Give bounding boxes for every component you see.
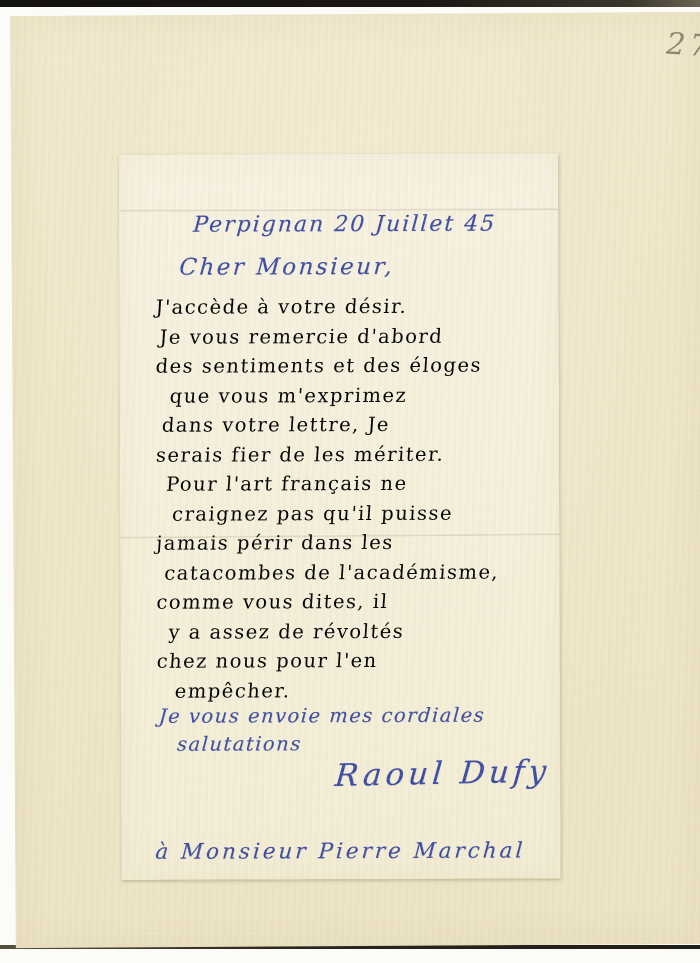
scanned-letter-page: 27 Perpignan 20 Juillet 45 Cher Monsieur… (0, 0, 700, 963)
letter-body-line: que vous m'exprimez (169, 380, 500, 411)
letter-body-line: comme vous dites, il (156, 587, 501, 618)
letter-recipient-line: à Monsieur Pierre Marchal (155, 838, 527, 864)
letter-body-line: jamais périr dans les (155, 528, 500, 559)
letter-body-line: serais fier de les mériter. (155, 439, 500, 470)
letter-closing-line: Je vous envoie mes cordiales (158, 704, 486, 728)
letter-body: J'accède à votre désir. Je vous remercie… (155, 292, 499, 706)
letter-signature: Raoul Dufy (333, 754, 551, 795)
letter-body-line: Je vous remercie d'abord (159, 321, 500, 352)
letter-sheet: Perpignan 20 Juillet 45 Cher Monsieur, J… (119, 153, 561, 880)
letter-place-date: Perpignan 20 Juillet 45 (192, 212, 497, 238)
letter-body-line: des sentiments et des éloges (155, 351, 500, 382)
letter-body-line: craignez pas qu'il puisse (171, 498, 500, 529)
letter-closing-line: salutations (176, 732, 302, 755)
letter-body-line: catacombes de l'académisme, (163, 557, 500, 588)
letter-salutation: Cher Monsieur, (178, 254, 395, 281)
mount-paper: 27 Perpignan 20 Juillet 45 Cher Monsieur… (10, 12, 700, 948)
letter-body-line: y a assez de révoltés (168, 616, 501, 647)
letter-body-line: Pour l'art français ne (165, 469, 500, 500)
letter-body-line: dans votre lettre, Je (161, 410, 500, 441)
letter-body-line: J'accède à votre désir. (155, 292, 500, 323)
scanner-edge-top (0, 0, 700, 7)
letter-body-line: empêcher. (174, 675, 501, 706)
letter-body-line: chez nous pour l'en (156, 646, 501, 677)
page-number-annotation: 27 (665, 27, 700, 65)
